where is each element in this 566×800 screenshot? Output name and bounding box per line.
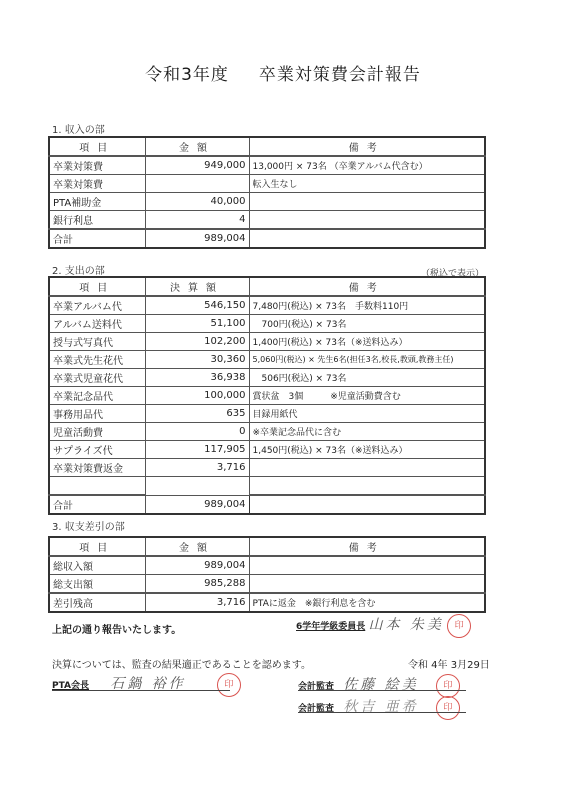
row-item: 卒業アルバム代 (49, 296, 145, 315)
row-note: 目録用紙代 (249, 405, 485, 423)
total-label: 合計 (49, 495, 145, 514)
table-row: 卒業式児童花代 36,938 506円(税込) × 73名 (49, 369, 485, 387)
income-table: 項目 金額 備考 卒業対策費 949,000 13,000円 × 73名 （卒業… (48, 136, 486, 249)
table-row: PTA補助金 40,000 (49, 193, 485, 211)
pta-president-stamp: 印 (217, 673, 241, 697)
row-amount: 51,100 (145, 315, 249, 333)
row-amount: 989,004 (145, 556, 249, 575)
row-item: 銀行利息 (49, 211, 145, 230)
table-row: 授与式写真代 102,200 1,400円(税込) × 73名（※送料込み） (49, 333, 485, 351)
row-item: 児童活動費 (49, 423, 145, 441)
table-row: 卒業式先生花代 30,360 5,060円(税込) × 先生6名(担任3名,校長… (49, 351, 485, 369)
header-amount: 金額 (145, 537, 249, 556)
row-item: サプライズ代 (49, 441, 145, 459)
row-amount: 949,000 (145, 156, 249, 175)
auditor-2-signature-block: 会計監査 秋吉 亜希 印 (298, 696, 460, 720)
table-row-empty (49, 477, 485, 496)
table-row: 児童活動費 0 ※卒業記念品代に含む (49, 423, 485, 441)
row-item: 卒業対策費 (49, 175, 145, 193)
row-item: 差引残高 (49, 593, 145, 612)
header-item: 項目 (49, 137, 145, 156)
row-note: 506円(税込) × 73名 (249, 369, 485, 387)
table-row: 総収入額 989,004 (49, 556, 485, 575)
committee-role: 6学年学級委員長 (296, 622, 365, 632)
table-row: 卒業記念品代 100,000 賞状盆 3個 ※児童活動費含む (49, 387, 485, 405)
row-amount (145, 175, 249, 193)
table-header-row: 項目 金額 備考 (49, 537, 485, 556)
auditor-1-sign-line (298, 690, 466, 691)
row-note: 転入生なし (249, 175, 485, 193)
row-note: 1,400円(税込) × 73名（※送料込み） (249, 333, 485, 351)
row-item: 総収入額 (49, 556, 145, 575)
row-item (49, 477, 145, 496)
total-amount: 989,004 (145, 495, 249, 514)
header-note: 備考 (249, 537, 485, 556)
header-item: 項目 (49, 537, 145, 556)
row-note: PTAに返金 ※銀行利息を含む (249, 593, 485, 612)
pta-president-sign-line (52, 690, 230, 691)
row-amount: 102,200 (145, 333, 249, 351)
table-row: 差引残高 3,716 PTAに返金 ※銀行利息を含む (49, 593, 485, 612)
auditor-1-signature-block: 会計監査 佐藤 絵美 印 (298, 674, 460, 698)
header-amount: 決算額 (145, 277, 249, 296)
report-date: 令和 4年 3月29日 (408, 656, 490, 671)
row-note (249, 459, 485, 477)
total-note (249, 495, 485, 514)
row-item: 卒業式先生花代 (49, 351, 145, 369)
row-item: PTA補助金 (49, 193, 145, 211)
document-title: 令和3年度卒業対策費会計報告 (0, 60, 566, 85)
total-label: 合計 (49, 229, 145, 248)
row-note (249, 575, 485, 594)
row-note: 5,060円(税込) × 先生6名(担任3名,校長,教頭,教務主任) (249, 351, 485, 369)
header-item: 項目 (49, 277, 145, 296)
row-amount: 985,288 (145, 575, 249, 594)
header-amount: 金額 (145, 137, 249, 156)
expense-table: 項目 決算額 備考 卒業アルバム代 546,150 7,480円(税込) × 7… (48, 276, 486, 515)
table-row: 卒業対策費返金 3,716 (49, 459, 485, 477)
table-row: サプライズ代 117,905 1,450円(税込) × 73名（※送料込み） (49, 441, 485, 459)
committee-stamp: 印 (447, 614, 471, 638)
table-row: 卒業対策費 949,000 13,000円 × 73名 （卒業アルバム代含む） (49, 156, 485, 175)
table-header-row: 項目 金額 備考 (49, 137, 485, 156)
row-item: 授与式写真代 (49, 333, 145, 351)
header-note: 備考 (249, 277, 485, 296)
row-item: 卒業式児童花代 (49, 369, 145, 387)
expense-section-label: 2. 支出の部 (52, 262, 105, 277)
row-item: 事務用品代 (49, 405, 145, 423)
fiscal-year: 令和3年度 (145, 65, 229, 85)
total-row: 合計 989,004 (49, 229, 485, 248)
income-section-label: 1. 収入の部 (52, 121, 105, 136)
header-note: 備考 (249, 137, 485, 156)
auditor-2-stamp: 印 (436, 696, 460, 720)
table-row: 卒業対策費 転入生なし (49, 175, 485, 193)
row-amount (145, 477, 249, 496)
table-row: 卒業アルバム代 546,150 7,480円(税込) × 73名 手数料110円 (49, 296, 485, 315)
table-row: 総支出額 985,288 (49, 575, 485, 594)
pta-president-signature-block: PTA会長 石鍋 裕作 印 (52, 673, 241, 697)
row-amount: 36,938 (145, 369, 249, 387)
row-item: 卒業対策費返金 (49, 459, 145, 477)
row-amount: 0 (145, 423, 249, 441)
row-amount: 546,150 (145, 296, 249, 315)
row-note: 700円(税込) × 73名 (249, 315, 485, 333)
row-amount: 100,000 (145, 387, 249, 405)
auditor-1-stamp: 印 (436, 674, 460, 698)
row-item: 卒業対策費 (49, 156, 145, 175)
row-amount: 117,905 (145, 441, 249, 459)
committee-signature: 山本 朱美 (368, 617, 443, 633)
row-amount: 4 (145, 211, 249, 230)
row-note: 1,450円(税込) × 73名（※送料込み） (249, 441, 485, 459)
row-amount: 30,360 (145, 351, 249, 369)
row-item: アルバム送料代 (49, 315, 145, 333)
total-amount: 989,004 (145, 229, 249, 248)
row-note (249, 211, 485, 230)
row-note: ※卒業記念品代に含む (249, 423, 485, 441)
table-row: アルバム送料代 51,100 700円(税込) × 73名 (49, 315, 485, 333)
report-name: 卒業対策費会計報告 (259, 65, 421, 85)
row-amount: 40,000 (145, 193, 249, 211)
report-statement: 上記の通り報告いたします。 (52, 621, 181, 636)
total-row: 合計 989,004 (49, 495, 485, 514)
auditor-2-sign-line (298, 712, 466, 713)
row-note: 7,480円(税込) × 73名 手数料110円 (249, 296, 485, 315)
audit-statement: 決算については、監査の結果適正であることを認めます。 (52, 656, 311, 671)
balance-section-label: 3. 収支差引の部 (52, 518, 125, 533)
row-note (249, 477, 485, 496)
total-note (249, 229, 485, 248)
row-note (249, 193, 485, 211)
committee-signature-block: 6学年学級委員長 山本 朱美 印 (296, 614, 471, 638)
row-amount: 3,716 (145, 593, 249, 612)
balance-table: 項目 金額 備考 総収入額 989,004 総支出額 985,288 差引残高 … (48, 536, 486, 613)
row-amount: 635 (145, 405, 249, 423)
table-row: 銀行利息 4 (49, 211, 485, 230)
row-note: 13,000円 × 73名 （卒業アルバム代含む） (249, 156, 485, 175)
row-amount: 3,716 (145, 459, 249, 477)
row-note: 賞状盆 3個 ※児童活動費含む (249, 387, 485, 405)
table-header-row: 項目 決算額 備考 (49, 277, 485, 296)
row-note (249, 556, 485, 575)
table-row: 事務用品代 635 目録用紙代 (49, 405, 485, 423)
row-item: 卒業記念品代 (49, 387, 145, 405)
row-item: 総支出額 (49, 575, 145, 594)
